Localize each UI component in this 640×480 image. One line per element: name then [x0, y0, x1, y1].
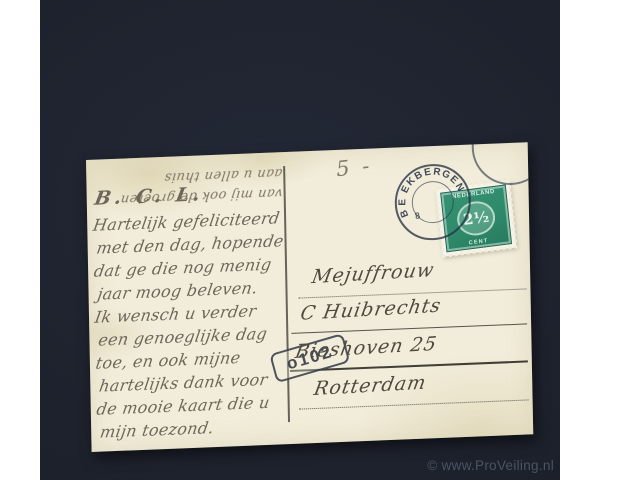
postmark-cancel: E K B E R G E N B E 8	[394, 163, 471, 242]
photo-background: van mij ook de groeten aan u allen thuis…	[40, 0, 560, 480]
watermark-text: © www.ProVeiling.nl	[427, 458, 554, 473]
right-white-strip	[560, 0, 640, 480]
stamp-unit-label: CENT	[469, 238, 489, 246]
message-handwriting: Hartelijk gefeliciteerd met den dag, hop…	[93, 206, 289, 444]
address-rule-2	[291, 323, 527, 333]
pencil-price-note: 5 -	[335, 153, 373, 181]
address-rule-4	[299, 399, 529, 409]
partial-second-postmark	[471, 142, 533, 186]
sender-initials: B. C. L.	[93, 183, 206, 210]
address-city: Rotterdam	[312, 371, 428, 400]
postmark-letter: E	[423, 167, 431, 179]
left-white-strip	[0, 0, 40, 480]
address-street: Bieshoven 25	[293, 333, 438, 363]
postcard: van mij ook de groeten aan u allen thuis…	[86, 142, 533, 452]
address-recipient-name: C Huibrechts	[299, 295, 443, 325]
address-recipient-title: Mejuffrouw	[310, 259, 436, 288]
postmark-letter: E	[397, 199, 408, 206]
